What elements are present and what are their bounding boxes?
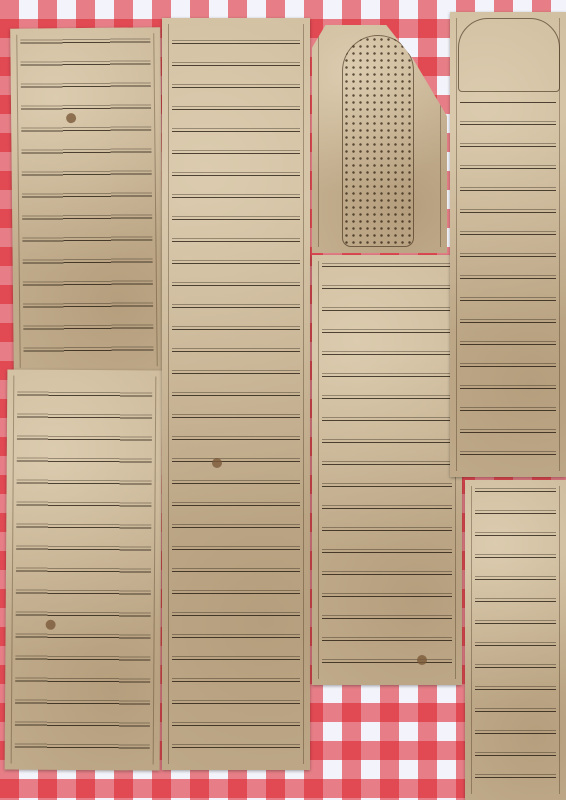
manuscript-page-left-top bbox=[10, 27, 164, 374]
manuscript-page-left-bottom bbox=[5, 369, 163, 770]
manuscript-page-right-bottom bbox=[465, 480, 566, 800]
scrollwork-header-ornament bbox=[458, 18, 560, 92]
floral-ornament bbox=[342, 35, 414, 247]
manuscript-page-center-right bbox=[312, 255, 462, 685]
manuscript-page-right-top bbox=[450, 12, 566, 477]
manuscript-page-ornament bbox=[312, 25, 447, 253]
manuscript-page-center-left bbox=[162, 18, 310, 770]
